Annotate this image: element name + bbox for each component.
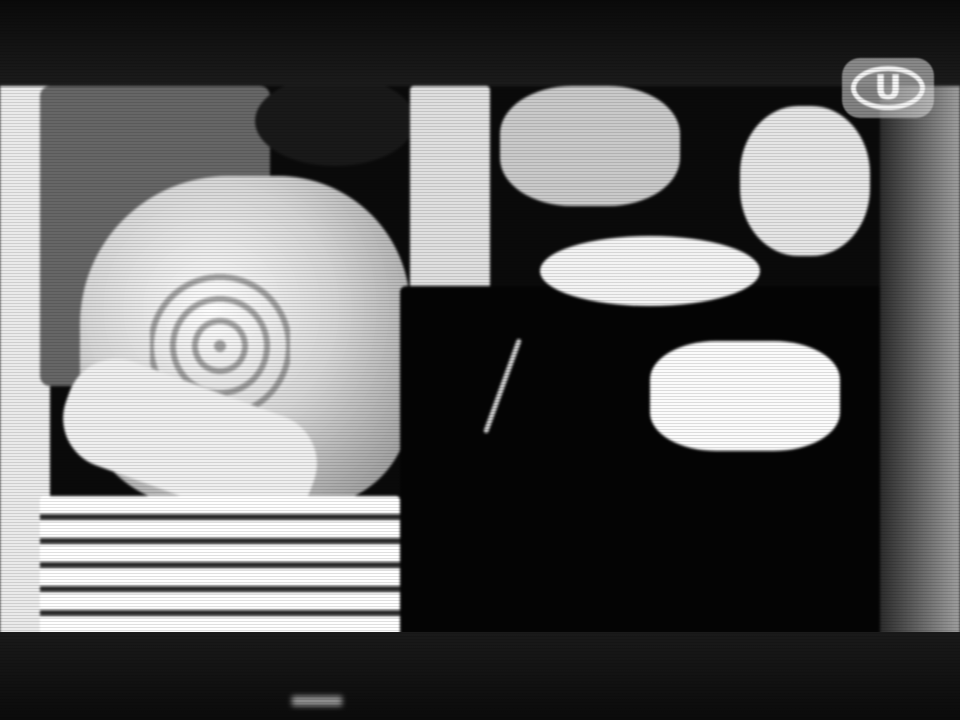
channel-logo: U bbox=[842, 58, 934, 118]
letterbox-top bbox=[0, 0, 960, 88]
bright-shape-mid bbox=[540, 236, 760, 306]
dark-area bbox=[400, 286, 900, 634]
bottom-glint bbox=[292, 696, 342, 706]
logo-ring-icon: U bbox=[851, 66, 925, 110]
bright-shape-top bbox=[500, 86, 680, 206]
right-edge bbox=[880, 86, 960, 634]
video-scene bbox=[0, 86, 960, 634]
logo-letter: U bbox=[874, 71, 902, 105]
letterbox-bottom bbox=[0, 632, 960, 720]
foreground-grid bbox=[40, 496, 400, 634]
bright-shape-right bbox=[740, 106, 870, 256]
bright-shape-low bbox=[650, 341, 840, 451]
person-head bbox=[255, 86, 415, 166]
video-frame: U bbox=[0, 0, 960, 720]
